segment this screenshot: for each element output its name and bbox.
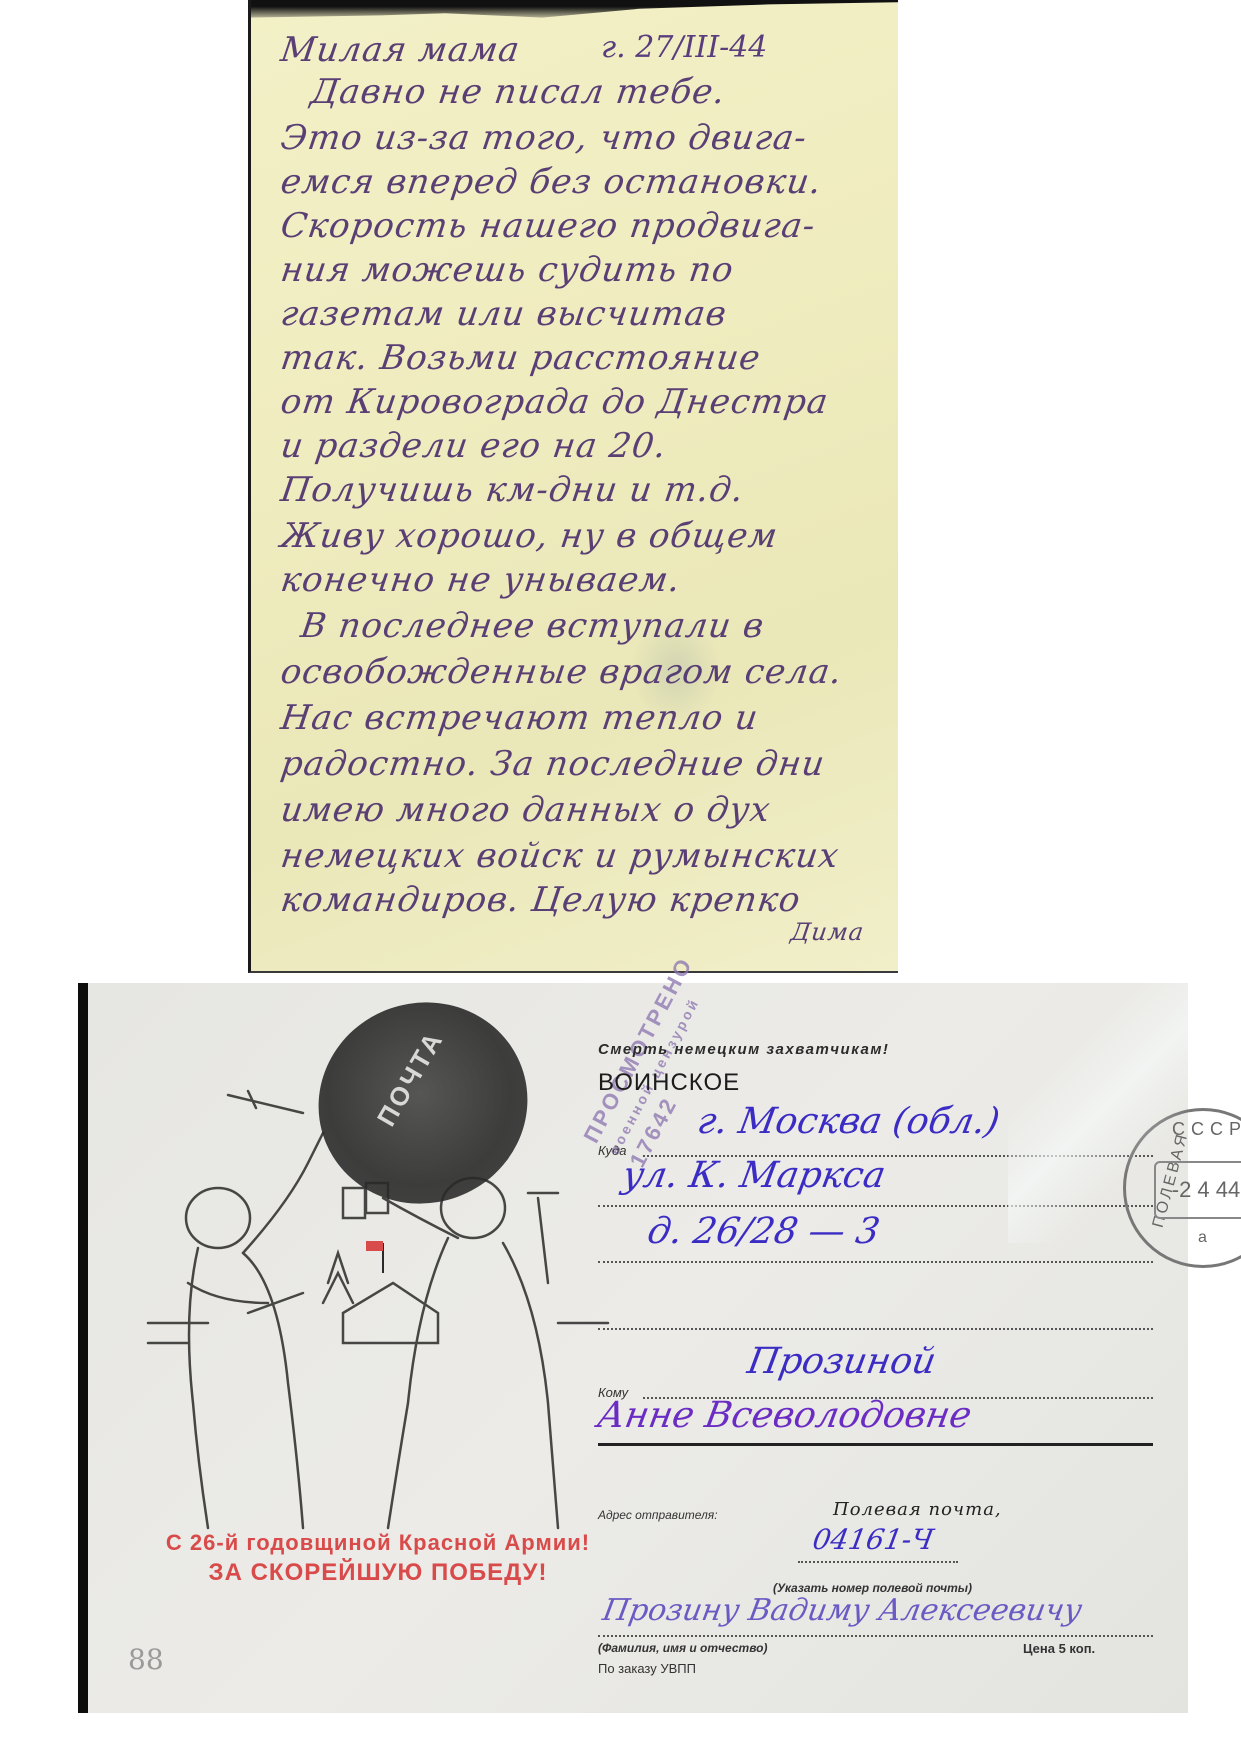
field-post-postmark: СССР ПОЛЕВАЯ -2 4 44 а — [1123, 1108, 1241, 1268]
sender-name-line — [598, 1635, 1153, 1637]
red-army-slogan: С 26-й годовщиной Красной Армии! ЗА СКОР… — [128, 1528, 628, 1588]
postmark-side: ПОЛЕВАЯ — [1150, 1130, 1193, 1230]
slogan-line-2: ЗА СКОРЕЙШУЮ ПОБЕДУ! — [128, 1558, 628, 1588]
slogan-line-1: С 26-й годовщиной Красной Армии! — [128, 1528, 628, 1558]
field-post-line — [798, 1561, 958, 1563]
recipient-line: Прозиной — [744, 1341, 939, 1382]
handwritten-letter-page: г. 27/III-44 Милая мама Давно не писал т… — [248, 0, 898, 973]
letter-line: В последнее вступали в — [298, 606, 767, 646]
letter-line: Это из-за того, что двига- — [278, 118, 810, 158]
soldiers-toasting-illustration — [128, 983, 648, 1533]
letter-line: командиров. Целую крепко — [278, 880, 803, 920]
postmark-top: СССР — [1172, 1119, 1241, 1140]
letter-line: Давно не писал тебе. — [308, 72, 728, 112]
letter-line: газетам или высчитав — [278, 294, 729, 334]
military-envelope: ПОЧТА ПРОСМОТРЕНО военной цензурой 17642 — [78, 983, 1188, 1713]
letter-line: Нас встречают тепло и — [278, 698, 761, 738]
letter-line: немецких войск и румынских — [278, 836, 842, 876]
to-line-4 — [598, 1328, 1153, 1330]
to-address-line: ул. К. Маркса — [619, 1155, 888, 1196]
letter-line: Милая мама — [278, 30, 522, 70]
price-label: Цена 5 коп. — [1023, 1641, 1095, 1656]
motto: Смерть немецким захватчикам! — [598, 1041, 889, 1058]
letter-line: емся вперед без остановки. — [278, 162, 824, 202]
to-address-line: г. Москва (обл.) — [694, 1101, 1002, 1142]
letter-line: от Кировограда до Днестра — [278, 382, 831, 422]
field-post-title: Полевая почта, — [833, 1499, 1002, 1520]
sender-name-hint: (Фамилия, имя и отчество) — [598, 1641, 767, 1655]
address-form: Смерть немецким захватчикам! ВОИНСКОЕ Ку… — [573, 983, 1173, 1713]
field-post-number: 04161-Ч — [810, 1523, 936, 1556]
letter-line: Живу хорошо, ну в общем — [278, 516, 780, 556]
postmark-date: -2 4 44 — [1154, 1161, 1241, 1219]
to-line-3 — [598, 1261, 1153, 1263]
to-address-line: д. 26/28 — 3 — [644, 1211, 882, 1252]
letter-line: Получишь км-дни и т.д. — [278, 470, 746, 510]
letter-line: и раздели его на 20. — [278, 426, 669, 466]
envelope-heading: ВОИНСКОЕ — [598, 1069, 740, 1097]
illustration-area: ПОЧТА ПРОСМОТРЕНО военной цензурой 17642 — [128, 983, 648, 1533]
sender-label: Адрес отправителя: — [598, 1508, 718, 1522]
letter-date: г. 27/III-44 — [601, 30, 767, 65]
letter-line: освобожденные врагом села. — [278, 652, 845, 692]
to-label: Куда — [598, 1143, 626, 1158]
letter-line: имею много данных о дух — [278, 790, 773, 830]
letter-line: конечно не унываем. — [278, 560, 683, 600]
archive-number: 88 — [128, 1643, 164, 1676]
whom-line-2 — [598, 1443, 1153, 1446]
recipient-line: Анне Всеволодовне — [594, 1395, 974, 1436]
postmark-bottom: а — [1198, 1229, 1207, 1247]
letter-line: Скорость нашего продвига- — [278, 206, 818, 246]
sender-name: Прозину Вадиму Алексеевичу — [600, 1593, 1085, 1628]
to-line-2 — [598, 1205, 1153, 1207]
letter-line: радостно. За последние дни — [278, 744, 827, 784]
letter-line: так. Возьми расстояние — [278, 338, 763, 378]
order-label: По заказу УВПП — [598, 1661, 696, 1676]
letter-signature: Дима — [789, 918, 866, 946]
letter-line: ния можешь судить по — [278, 250, 736, 290]
